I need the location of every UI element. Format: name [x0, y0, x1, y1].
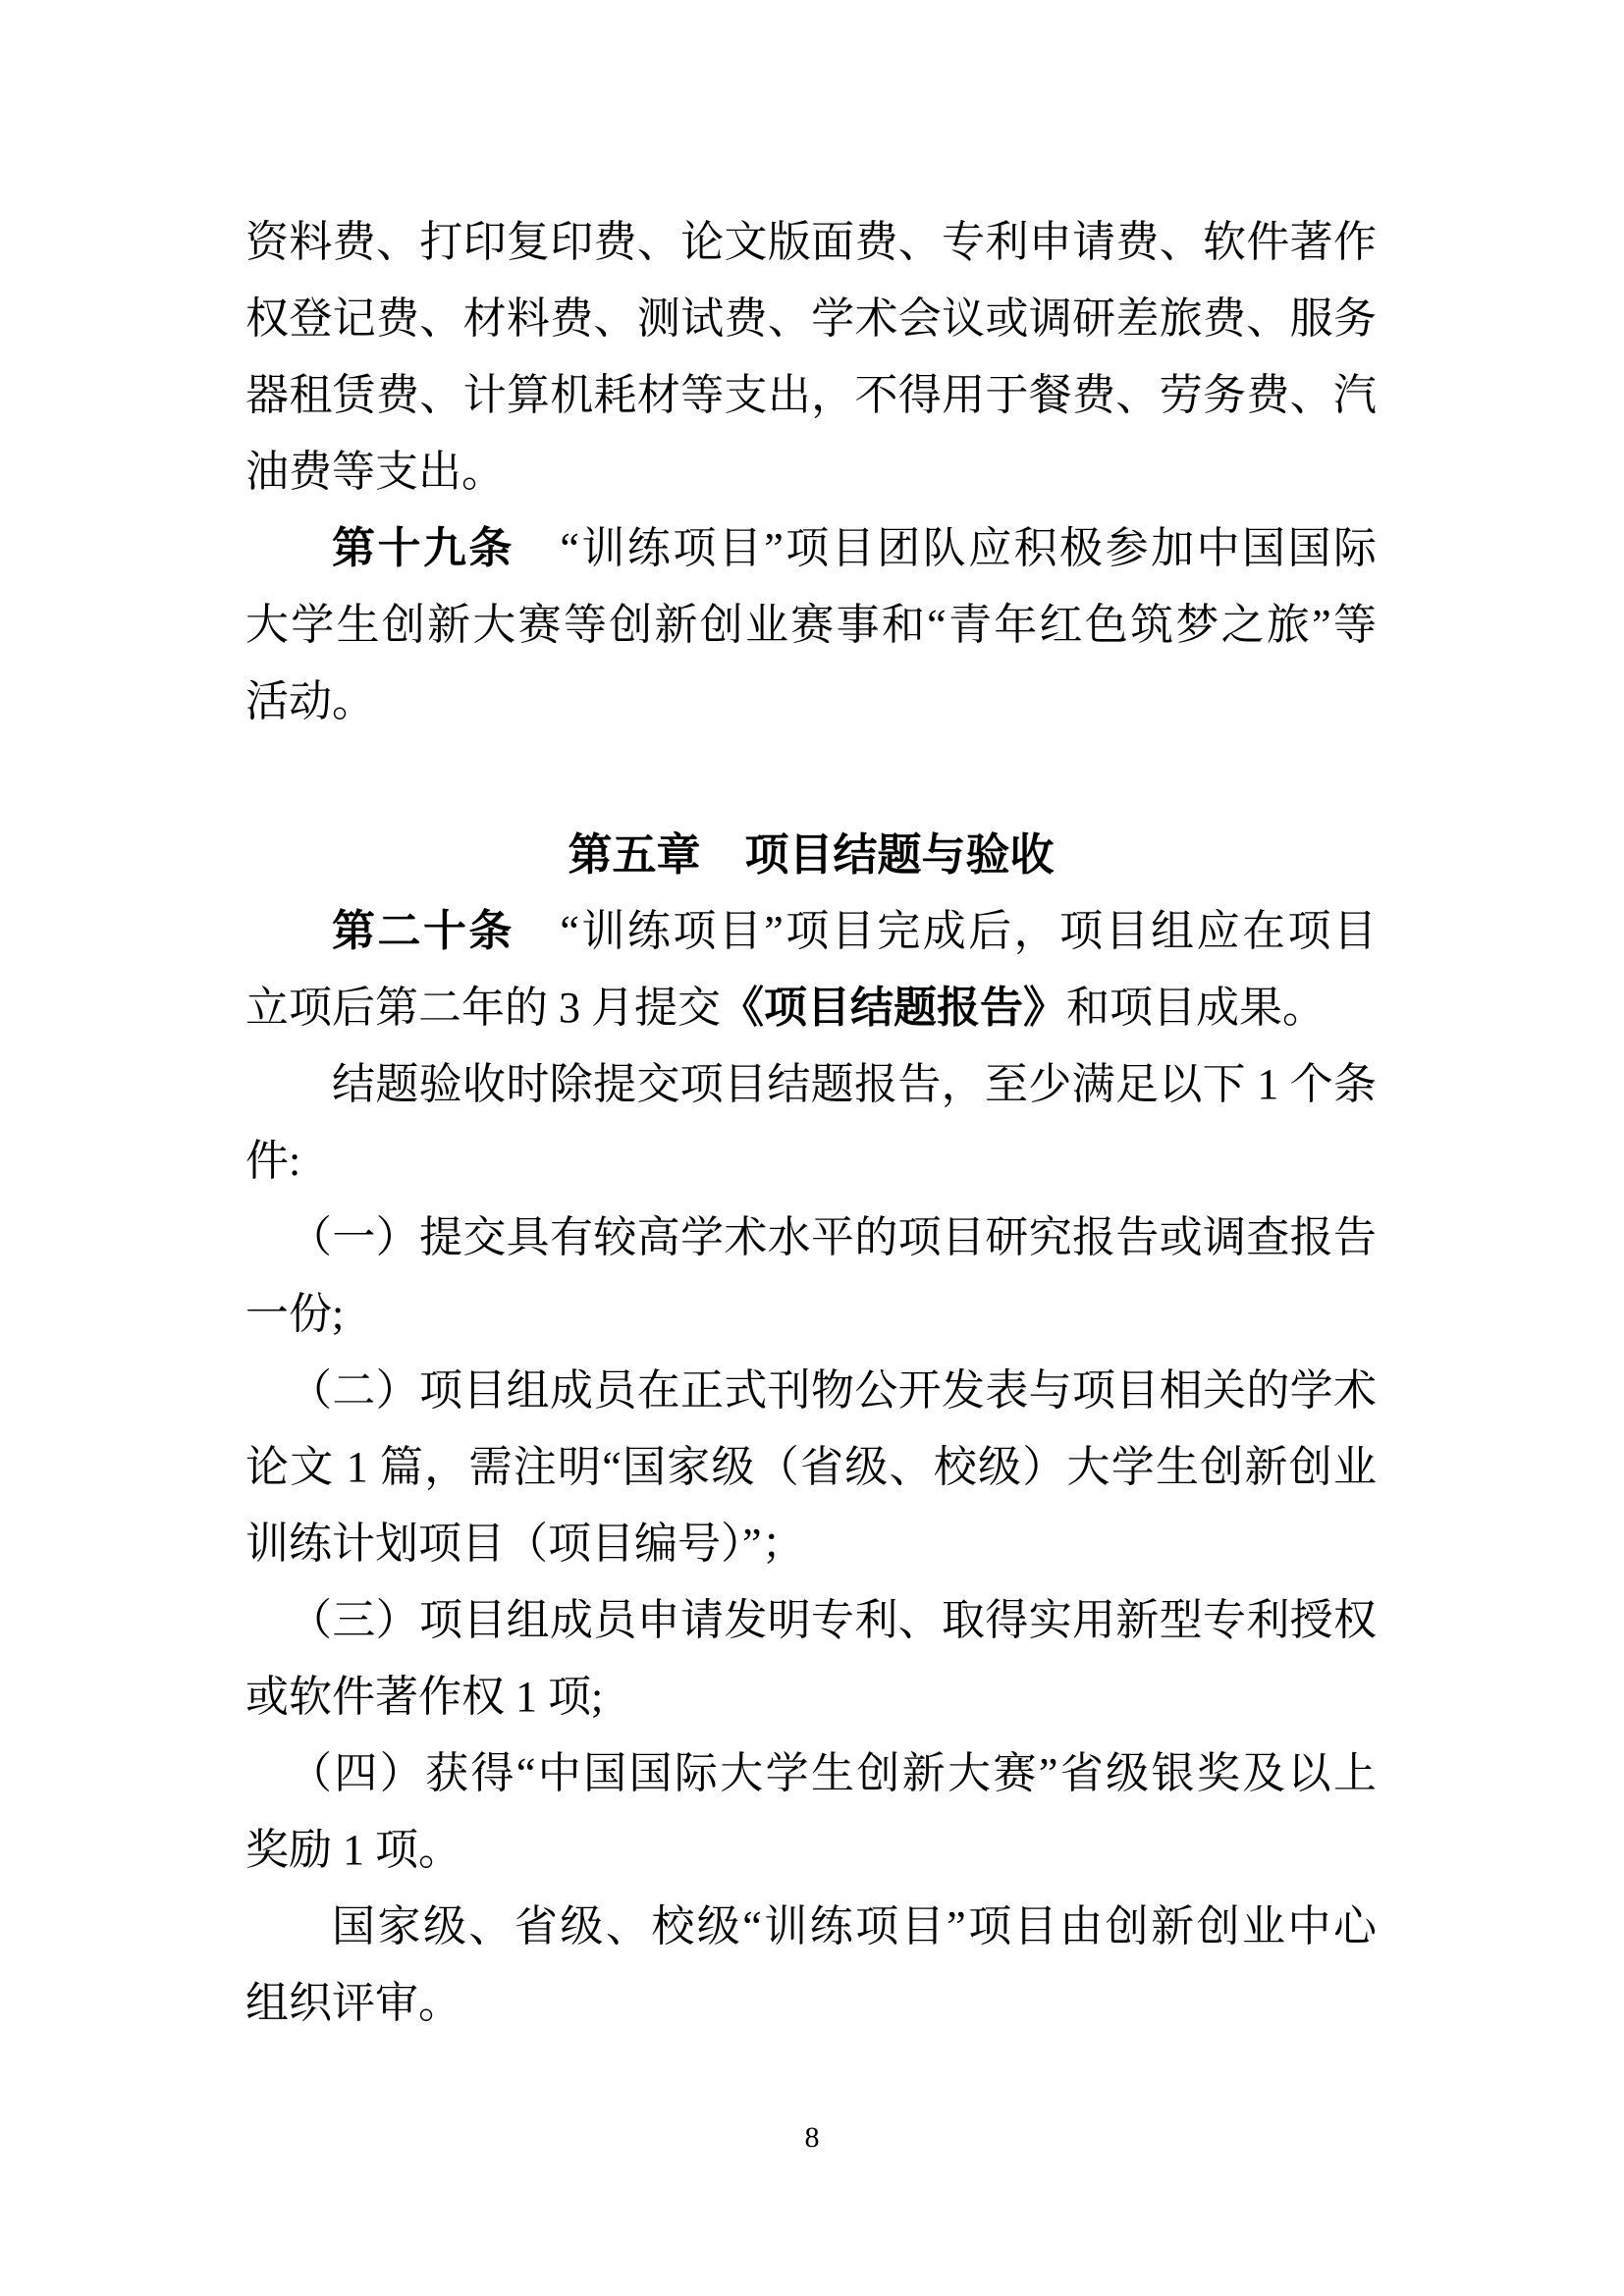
text-line: 组织评审。	[245, 1965, 1377, 2042]
text-line: 第二十条 “训练项目”项目完成后，项目组应在项目	[245, 893, 1377, 970]
text-run: 资料费、打印复印费、论文版面费、专利申请费、软件著作	[245, 218, 1377, 266]
text-run: （三）项目组成员申请发明专利、取得实用新型专利授权	[289, 1596, 1377, 1644]
text-line: （四）获得“中国国际大学生创新大赛”省级银奖及以上	[245, 1735, 1377, 1812]
text-run: 训练计划项目（项目编号）”；	[245, 1520, 805, 1568]
text-line: 国家级、省级、校级“训练项目”项目由创新创业中心	[245, 1889, 1377, 1965]
text-run: 立项后第二年的 3 月提交	[245, 984, 721, 1032]
document-text-block: 资料费、打印复印费、论文版面费、专利申请费、软件著作权登记费、材料费、测试费、学…	[245, 204, 1377, 2042]
text-line: 或软件著作权 1 项;	[245, 1659, 1377, 1735]
text-run: 件:	[245, 1137, 300, 1185]
text-run: 或软件著作权 1 项;	[245, 1673, 603, 1721]
bold-text-run: 第二十条	[332, 907, 514, 955]
text-line: 件:	[245, 1123, 1377, 1200]
text-line: （一）提交具有较高学术水平的项目研究报告或调查报告	[245, 1200, 1377, 1276]
text-run: 国家级、省级、校级“训练项目”项目由创新创业中心	[332, 1902, 1377, 1950]
bold-text-run: 第十九条	[332, 524, 514, 572]
text-line: 器租赁费、计算机耗材等支出，不得用于餐费、劳务费、汽	[245, 357, 1377, 434]
text-line: 活动。	[245, 664, 1377, 740]
text-run: 奖励 1 项。	[245, 1826, 461, 1874]
text-line: （三）项目组成员申请发明专利、取得实用新型专利授权	[245, 1582, 1377, 1659]
text-run: 一份;	[245, 1290, 344, 1338]
text-line: 一份;	[245, 1276, 1377, 1353]
text-line: 论文 1 篇，需注明“国家级（省级、校级）大学生创新创业	[245, 1429, 1377, 1506]
text-run: 活动。	[245, 677, 375, 725]
text-line: 资料费、打印复印费、论文版面费、专利申请费、软件著作	[245, 204, 1377, 281]
text-run: （四）获得“中国国际大学生创新大赛”省级银奖及以上	[289, 1749, 1377, 1797]
text-line: 奖励 1 项。	[245, 1812, 1377, 1889]
page-number: 8	[0, 2118, 1624, 2158]
text-run: “训练项目”项目团队应积极参加中国国际	[514, 524, 1377, 572]
text-line: 大学生创新大赛等创新创业赛事和“青年红色筑梦之旅”等	[245, 587, 1377, 664]
text-run: 和项目成果。	[1066, 984, 1326, 1032]
text-line: 结题验收时除提交项目结题报告，至少满足以下 1 个条	[245, 1046, 1377, 1123]
text-run: 大学生创新大赛等创新创业赛事和“青年红色筑梦之旅”等	[245, 601, 1377, 649]
text-line: 立项后第二年的 3 月提交《项目结题报告》和项目成果。	[245, 970, 1377, 1046]
text-run: 组织评审。	[245, 1979, 461, 2027]
text-line: 油费等支出。	[245, 434, 1377, 510]
text-run: 油费等支出。	[245, 448, 505, 496]
text-run: （一）提交具有较高学术水平的项目研究报告或调查报告	[289, 1213, 1377, 1261]
bold-text-run: 《项目结题报告》	[721, 984, 1066, 1032]
text-line: 权登记费、材料费、测试费、学术会议或调研差旅费、服务	[245, 281, 1377, 357]
text-line: （二）项目组成员在正式刊物公开发表与项目相关的学术	[245, 1353, 1377, 1429]
text-run: 权登记费、材料费、测试费、学术会议或调研差旅费、服务	[245, 294, 1377, 343]
text-run: “训练项目”项目完成后，项目组应在项目	[514, 907, 1377, 955]
text-line: 训练计划项目（项目编号）”；	[245, 1506, 1377, 1582]
text-line: 第十九条 “训练项目”项目团队应积极参加中国国际	[245, 510, 1377, 587]
text-run: 结题验收时除提交项目结题报告，至少满足以下 1 个条	[332, 1060, 1377, 1108]
text-run: （二）项目组成员在正式刊物公开发表与项目相关的学术	[289, 1366, 1377, 1415]
text-run: 器租赁费、计算机耗材等支出，不得用于餐费、劳务费、汽	[245, 371, 1377, 419]
document-page: { "page": { "background_color": "#ffffff…	[0, 0, 1624, 2296]
chapter-heading: 第五章 项目结题与验收	[245, 817, 1377, 893]
blank-line	[245, 740, 1377, 817]
text-run: 论文 1 篇，需注明“国家级（省级、校级）大学生创新创业	[245, 1443, 1377, 1491]
